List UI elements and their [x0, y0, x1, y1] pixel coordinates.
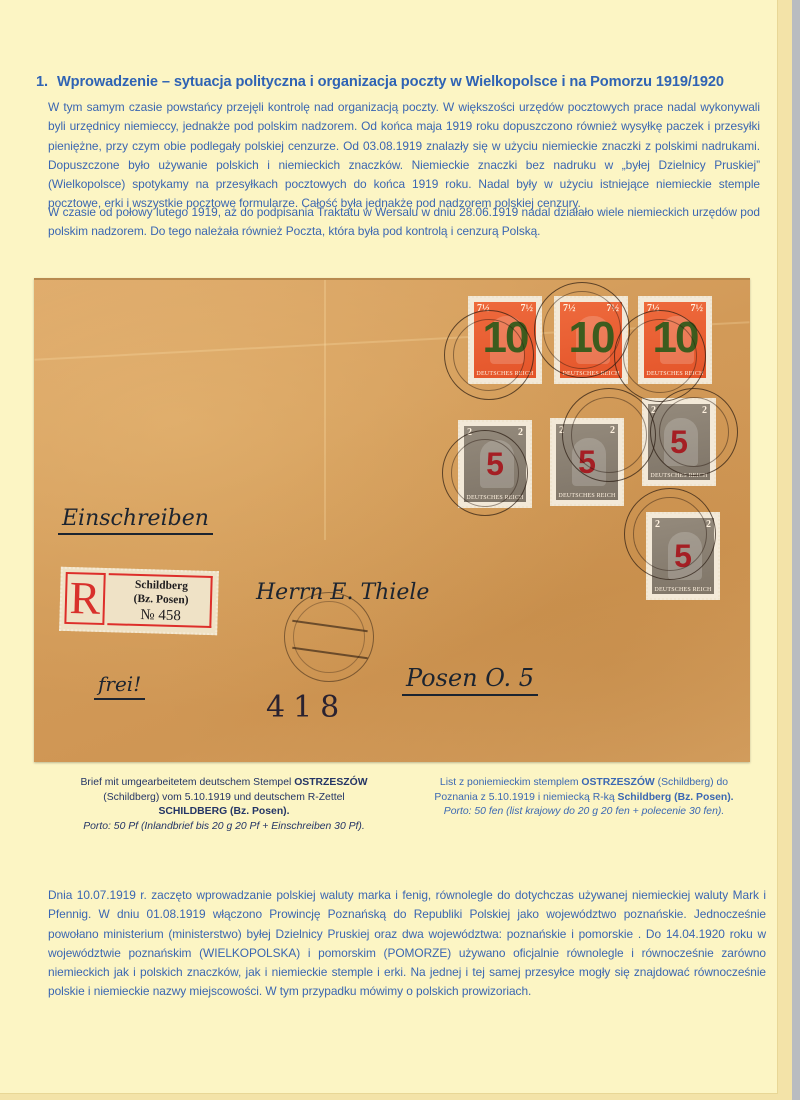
section-title: Wprowadzenie – sytuacja polityczna i org…: [57, 74, 724, 90]
handwritten-city: Posen O. 5: [406, 664, 534, 692]
section-number: 1.: [36, 74, 48, 90]
caption-polish: List z poniemieckim stemplem OSTRZESZÓW …: [404, 776, 764, 820]
postmark-cancel: [444, 310, 534, 400]
intro-paragraph-1: W tym samym czasie powstańcy przejęli ko…: [48, 98, 760, 214]
postmark-cancel: [442, 430, 528, 516]
postmark-cancel: [624, 488, 716, 580]
intro-paragraph-2: W czasie od połowy lutego 1919, aż do po…: [48, 203, 760, 242]
registration-district: (Bz. Posen): [112, 591, 210, 608]
paper-crease: [324, 280, 326, 540]
registration-label: R Schildberg (Bz. Posen) № 458: [59, 567, 219, 635]
postmark-cancel: [650, 388, 738, 476]
closing-paragraph: Dnia 10.07.1919 r. zaczęto wprowadzanie …: [48, 886, 766, 1002]
registration-number: 458: [158, 608, 181, 625]
registration-r: R: [64, 572, 105, 625]
postmark-cancel: [562, 388, 656, 482]
handwritten-addressee: Herrn E. Thiele: [256, 580, 429, 605]
handwritten-number: 418: [266, 690, 347, 725]
arrival-postmark: [284, 592, 374, 682]
handwritten-frei: frei!: [98, 672, 141, 696]
section-heading: 1.Wprowadzenie – sytuacja polityczna i o…: [36, 74, 776, 90]
caption-german: Brief mit umgearbeitetem deutschem Stemp…: [46, 776, 402, 834]
handwritten-einschreiben: Einschreiben: [62, 506, 209, 531]
registered-cover: 7½ 7½ 10 DEUTSCHES REICH 7½ 7½ 10 DEUTSC…: [34, 278, 750, 762]
album-page: 1.Wprowadzenie – sytuacja polityczna i o…: [0, 0, 778, 1094]
